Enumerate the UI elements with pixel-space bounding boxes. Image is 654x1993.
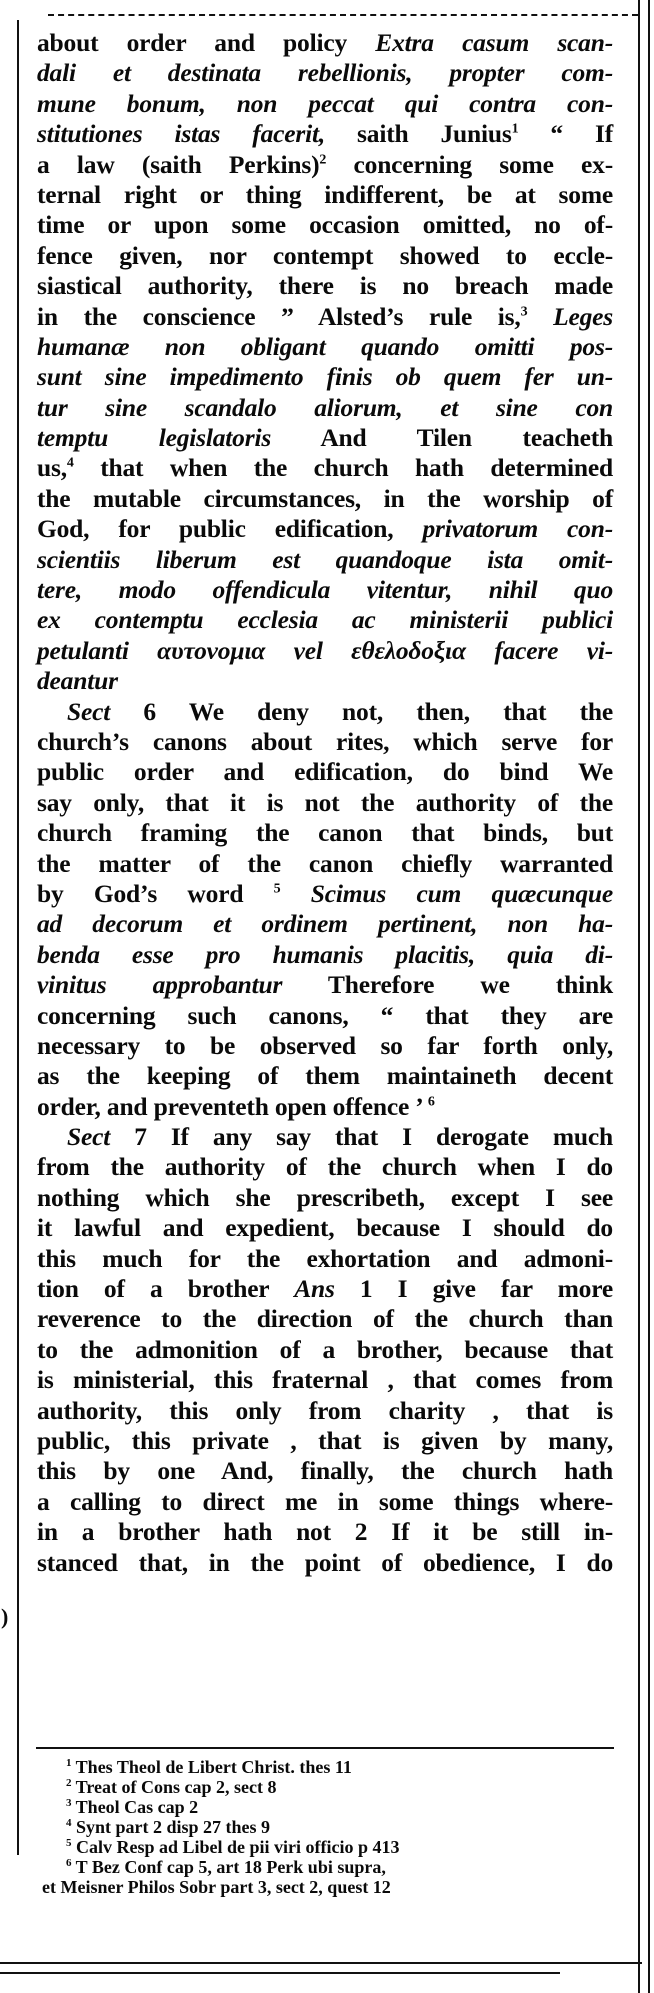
latin-italic-text: scientiis liberum est quandoque ista omi… xyxy=(37,545,613,574)
text-run: say only, that it is not the authority o… xyxy=(37,788,613,817)
text-line: Sect 7 If any say that I derogate much xyxy=(37,1122,613,1152)
right-column-rule-outer xyxy=(648,0,650,1993)
latin-italic-text: Scimus cum quæcunque xyxy=(311,879,613,908)
footnote-text: Calv Resp ad Libel de pii viri officio p… xyxy=(72,1837,400,1857)
text-line: time or upon some occasion omitted, no o… xyxy=(37,210,613,240)
text-line: necessary to be observed so far forth on… xyxy=(37,1031,613,1061)
text-run: God, for public edification, xyxy=(37,514,422,543)
footnote: 1 Thes Theol de Libert Christ. thes 11 xyxy=(36,1757,616,1777)
text-line: God, for public edification, privatorum … xyxy=(37,514,613,544)
text-run: “ If xyxy=(518,119,613,148)
text-line: from the authority of the church when I … xyxy=(37,1152,613,1182)
text-run: 6 We deny not, then, that the xyxy=(110,697,613,726)
text-run: authority, this only from charity , that… xyxy=(37,1396,613,1425)
text-line: ad decorum et ordinem pertinent, non ha- xyxy=(37,909,613,939)
latin-italic-text: deantur xyxy=(37,666,118,695)
footnote-rule xyxy=(36,1747,614,1749)
latin-italic-text: sunt sine impedimento finis ob quem fer … xyxy=(37,362,613,391)
text-run: church framing the canon that binds, but xyxy=(37,818,613,847)
latin-italic-text: tere, modo offendicula vitentur, nihil q… xyxy=(37,575,613,604)
text-run: this much for the exhortation and admoni… xyxy=(37,1244,613,1273)
text-run: time or upon some occasion omitted, no o… xyxy=(37,210,613,239)
text-run: public, this private , that is given by … xyxy=(37,1426,613,1455)
text-run: order, and preventeth open offence ’ xyxy=(37,1092,428,1121)
text-run xyxy=(527,302,553,331)
text-line: this much for the exhortation and admoni… xyxy=(37,1244,613,1274)
right-column-rule-inner xyxy=(638,0,640,1993)
text-line: vinitus approbantur Therefore we think xyxy=(37,970,613,1000)
footnote-ref: 4 xyxy=(67,456,74,471)
latin-italic-text: vinitus approbantur xyxy=(37,970,282,999)
latin-italic-text: ex contemptu ecclesia ac ministerii publ… xyxy=(37,605,613,634)
latin-italic-text: stitutiones istas facerit, xyxy=(37,119,325,148)
latin-italic-text: ad decorum et ordinem pertinent, non ha- xyxy=(37,909,613,938)
text-run xyxy=(280,879,310,908)
footnotes: 1 Thes Theol de Libert Christ. thes 112 … xyxy=(36,1757,616,1897)
text-line: fence given, nor contempt showed to eccl… xyxy=(37,241,613,271)
footnote-text: Treat of Cons cap 2, sect 8 xyxy=(72,1777,277,1797)
text-line: scientiis liberum est quandoque ista omi… xyxy=(37,545,613,575)
text-line: order, and preventeth open offence ’ 6 xyxy=(37,1092,613,1122)
text-line: dali et destinata rebellionis, propter c… xyxy=(37,58,613,88)
text-run: by God’s word xyxy=(37,879,274,908)
text-run: concerning such canons, “ that they are xyxy=(37,1001,613,1030)
scanned-book-page: ) about order and policy Extra casum sca… xyxy=(0,0,654,1993)
footnote-text: Thes Theol de Libert Christ. thes 11 xyxy=(72,1757,352,1777)
text-run: from the authority of the church when I … xyxy=(37,1152,613,1181)
latin-italic-text: benda esse pro humanis placitis, quia di… xyxy=(37,940,613,969)
text-run: ternal right or thing indifferent, be at… xyxy=(37,180,613,209)
text-line: a law (saith Perkins)2 concerning some e… xyxy=(37,150,613,180)
text-run: this by one And, finally, the church hat… xyxy=(37,1456,613,1485)
text-line: in a brother hath not 2 If it be still i… xyxy=(37,1517,613,1547)
footnote-text: Synt part 2 disp 27 thes 9 xyxy=(72,1817,271,1837)
text-line: tion of a brother Ans 1 I give far more xyxy=(37,1274,613,1304)
text-line: authority, this only from charity , that… xyxy=(37,1396,613,1426)
text-run: public order and edification, do bind We xyxy=(37,757,613,786)
text-line: benda esse pro humanis placitis, quia di… xyxy=(37,940,613,970)
text-line: this by one And, finally, the church hat… xyxy=(37,1456,613,1486)
text-run: a law (saith Perkins) xyxy=(37,150,319,179)
text-run: in a brother hath not 2 If it be still i… xyxy=(37,1517,613,1546)
text-line: ternal right or thing indifferent, be at… xyxy=(37,180,613,210)
latin-italic-text: tur sine scandalo aliorum, et sine con xyxy=(37,393,613,422)
text-run: 1 I give far more xyxy=(335,1274,613,1303)
bottom-rule-lower xyxy=(0,1972,560,1974)
latin-italic-text: Leges xyxy=(553,302,613,331)
text-run: the mutable circumstances, in the worshi… xyxy=(37,484,613,513)
text-run: tion of a brother xyxy=(37,1274,294,1303)
text-run: in the conscience ” Alsted’s rule is, xyxy=(37,302,521,331)
text-run: saith Junius xyxy=(325,119,512,148)
footnote-text: Theol Cas cap 2 xyxy=(72,1797,199,1817)
latin-italic-text: humanæ non obligant quando omitti pos- xyxy=(37,332,613,361)
text-line: temptu legislatoris And Tilen teacheth xyxy=(37,423,613,453)
text-run: the matter of the canon chiefly warrante… xyxy=(37,849,613,878)
text-run: fence given, nor contempt showed to eccl… xyxy=(37,241,613,270)
latin-italic-text: Sect xyxy=(67,697,110,726)
text-line: it lawful and expedient, because I shoul… xyxy=(37,1213,613,1243)
text-line: reverence to the direction of the church… xyxy=(37,1304,613,1334)
footnote: 4 Synt part 2 disp 27 thes 9 xyxy=(36,1817,616,1837)
text-line: us,4 that when the church hath determine… xyxy=(37,453,613,483)
latin-italic-text: mune bonum, non peccat qui contra con- xyxy=(37,89,613,118)
text-line: the mutable circumstances, in the worshi… xyxy=(37,484,613,514)
text-run: 7 If any say that I derogate much xyxy=(110,1122,613,1151)
latin-italic-text: Ans xyxy=(294,1274,335,1303)
footnote-ref: 6 xyxy=(428,1094,435,1109)
latin-italic-text: dali et destinata rebellionis, propter c… xyxy=(37,58,613,87)
top-rule xyxy=(48,14,638,16)
text-line: siastical authority, there is no breach … xyxy=(37,271,613,301)
text-run: Therefore we think xyxy=(282,970,613,999)
text-line: in the conscience ” Alsted’s rule is,3 L… xyxy=(37,302,613,332)
text-run: siastical authority, there is no breach … xyxy=(37,271,613,300)
text-line: concerning such canons, “ that they are xyxy=(37,1001,613,1031)
footnote: 6 T Bez Conf cap 5, art 18 Perk ubi supr… xyxy=(36,1857,616,1877)
text-run: a calling to direct me in some things wh… xyxy=(37,1487,613,1516)
text-line: a calling to direct me in some things wh… xyxy=(37,1487,613,1517)
text-run: reverence to the direction of the church… xyxy=(37,1304,613,1333)
text-line: say only, that it is not the authority o… xyxy=(37,788,613,818)
text-run: nothing which she prescribeth, except I … xyxy=(37,1183,613,1212)
latin-italic-text: Extra casum scan- xyxy=(375,28,613,57)
text-run: us, xyxy=(37,453,67,482)
text-line: Sect 6 We deny not, then, that the xyxy=(37,697,613,727)
footnote-text: et Meisner Philos Sobr part 3, sect 2, q… xyxy=(42,1877,391,1897)
left-column-rule xyxy=(17,20,19,1855)
text-run: is ministerial, this fraternal , that co… xyxy=(37,1365,613,1394)
text-line: is ministerial, this fraternal , that co… xyxy=(37,1365,613,1395)
text-line: by God’s word 5 Scimus cum quæcunque xyxy=(37,879,613,909)
latin-italic-text: Sect xyxy=(67,1122,110,1151)
text-line: mune bonum, non peccat qui contra con- xyxy=(37,89,613,119)
text-run: it lawful and expedient, because I shoul… xyxy=(37,1213,613,1242)
text-run: stanced that, in the point of obedience,… xyxy=(37,1548,613,1577)
text-line: church’s canons about rites, which serve… xyxy=(37,727,613,757)
footnote: et Meisner Philos Sobr part 3, sect 2, q… xyxy=(36,1877,616,1897)
footnote: 2 Treat of Cons cap 2, sect 8 xyxy=(36,1777,616,1797)
text-run: necessary to be observed so far forth on… xyxy=(37,1031,613,1060)
margin-mark: ) xyxy=(1,1604,8,1630)
text-line: church framing the canon that binds, but xyxy=(37,818,613,848)
text-line: stitutiones istas facerit, saith Junius1… xyxy=(37,119,613,149)
text-run: church’s canons about rites, which serve… xyxy=(37,727,613,756)
text-line: nothing which she prescribeth, except I … xyxy=(37,1183,613,1213)
text-line: humanæ non obligant quando omitti pos- xyxy=(37,332,613,362)
text-line: as the keeping of them maintaineth decen… xyxy=(37,1061,613,1091)
text-line: about order and policy Extra casum scan- xyxy=(37,28,613,58)
text-run: And Tilen teacheth xyxy=(271,423,613,452)
latin-italic-text: privatorum con- xyxy=(422,514,613,543)
footnote: 3 Theol Cas cap 2 xyxy=(36,1797,616,1817)
text-run: to the admonition of a brother, because … xyxy=(37,1335,613,1364)
text-line: tur sine scandalo aliorum, et sine con xyxy=(37,393,613,423)
text-line: tere, modo offendicula vitentur, nihil q… xyxy=(37,575,613,605)
text-line: the matter of the canon chiefly warrante… xyxy=(37,849,613,879)
text-line: ex contemptu ecclesia ac ministerii publ… xyxy=(37,605,613,635)
text-run: about order and policy xyxy=(37,28,375,57)
text-line: stanced that, in the point of obedience,… xyxy=(37,1548,613,1578)
text-line: sunt sine impedimento finis ob quem fer … xyxy=(37,362,613,392)
text-line: deantur xyxy=(37,666,613,696)
text-run: as the keeping of them maintaineth decen… xyxy=(37,1061,613,1090)
text-line: petulanti αυτονομια vel εθελοδοξια facer… xyxy=(37,636,613,666)
footnote: 5 Calv Resp ad Libel de pii viri officio… xyxy=(36,1837,616,1857)
bottom-rule-upper xyxy=(0,1962,642,1964)
footnote-text: T Bez Conf cap 5, art 18 Perk ubi supra, xyxy=(72,1857,386,1877)
text-run: concerning some ex- xyxy=(326,150,613,179)
text-line: public, this private , that is given by … xyxy=(37,1426,613,1456)
latin-italic-text: petulanti αυτονομια vel εθελοδοξια facer… xyxy=(37,636,613,665)
text-line: public order and edification, do bind We xyxy=(37,757,613,787)
latin-italic-text: temptu legislatoris xyxy=(37,423,271,452)
body-text-column: about order and policy Extra casum scan-… xyxy=(37,28,613,1578)
text-line: to the admonition of a brother, because … xyxy=(37,1335,613,1365)
text-run: that when the church hath determined xyxy=(74,453,613,482)
